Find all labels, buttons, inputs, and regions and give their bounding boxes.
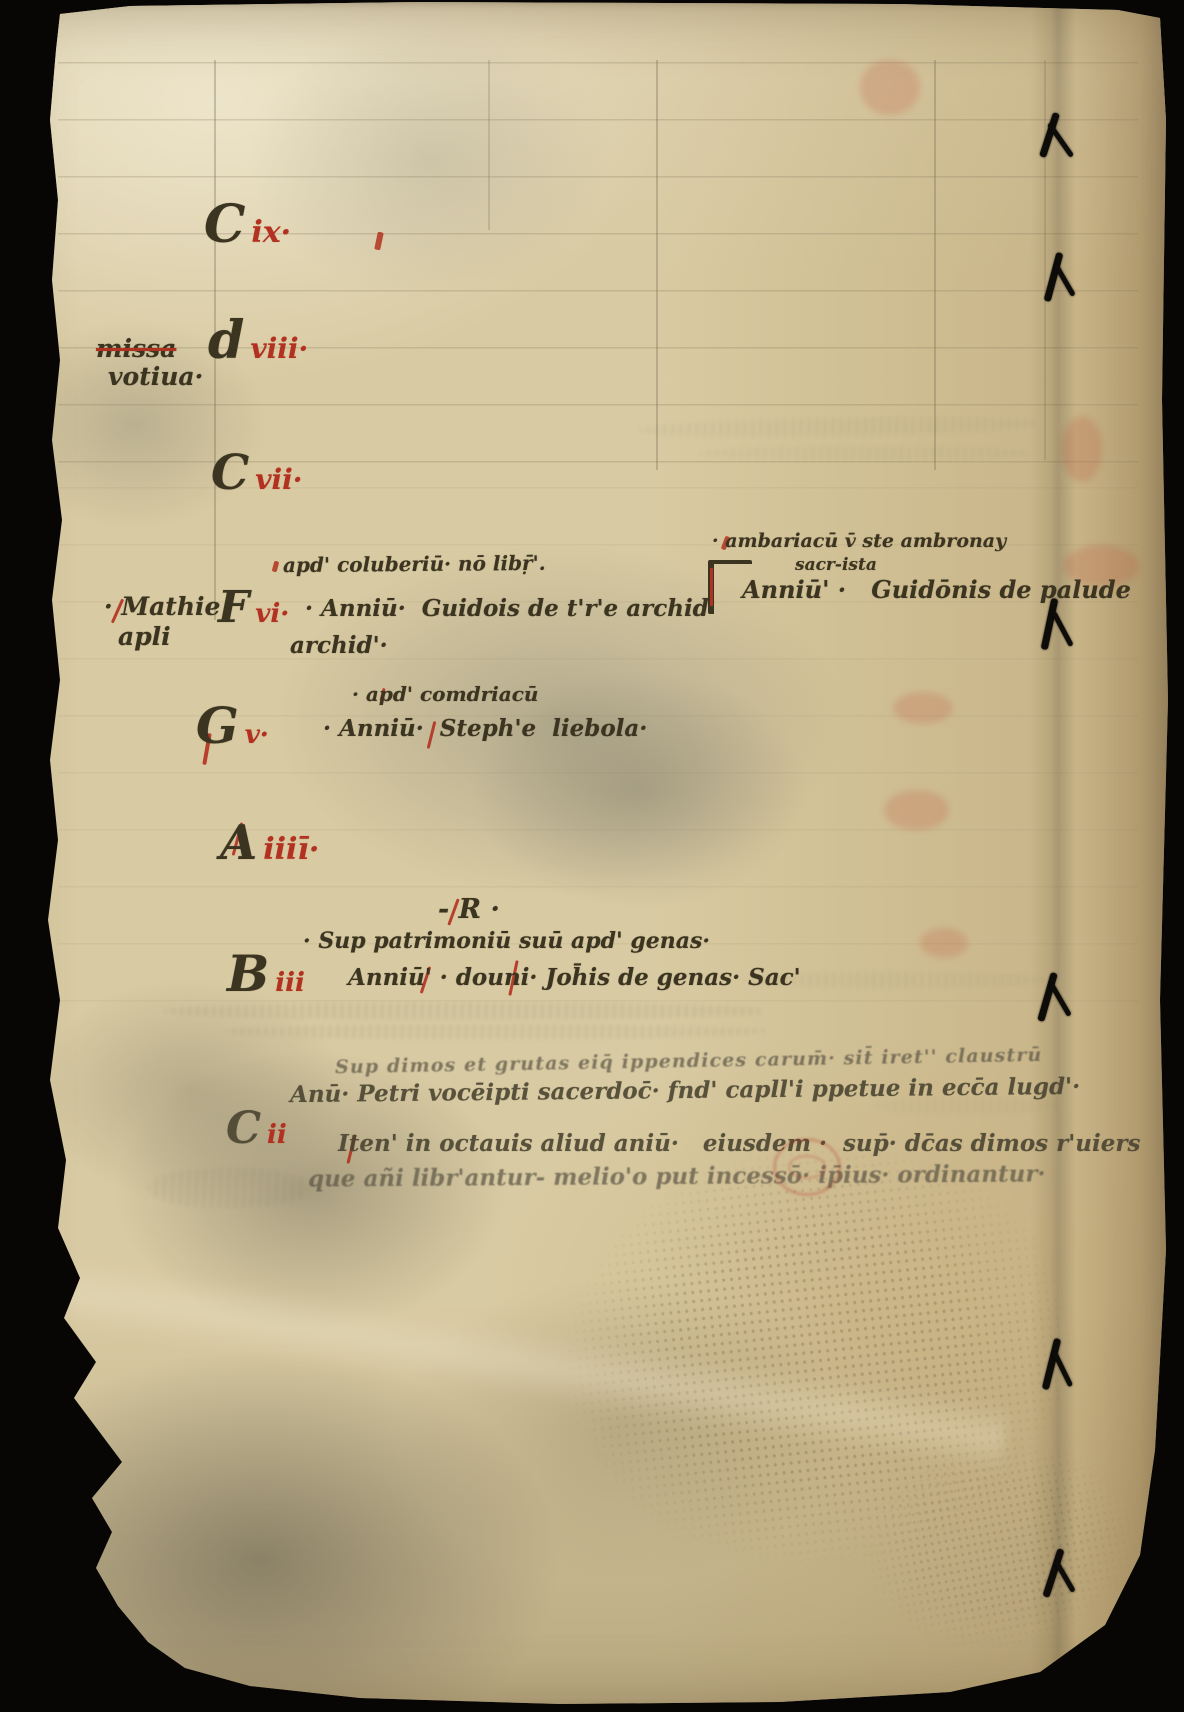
entry-b3-initial: B [227,948,269,1001]
showthrough-text-smear [640,415,1040,440]
entry-f6-body: · Anniū· Guidois de t'r'e archid' [305,597,716,621]
faded-red-stamp [773,1138,841,1196]
entry-c7-initial: C [211,448,249,498]
entry-a4-numeral: iiiī· [263,834,319,866]
entry-a4-label: A iiiī· [220,818,319,868]
manuscript-scan: C ix· missa votiua· d viii· C vii· apd' … [0,0,1184,1712]
entry-f6-continuation: archid'· [290,634,388,658]
entry-c2-faded-note: Sup dimos et grutas eiq̄ ippendices caru… [335,1046,1043,1078]
entry-f6-right-body: Anniū' · Guidōnis de palude [742,577,1131,602]
place-note-comdriacu: · apd' comdriacū [352,684,538,705]
parchment-crease [60,1256,1009,1474]
parchment-leaf: C ix· missa votiua· d viii· C vii· apd' … [0,0,1184,1712]
red-paraph-dot [272,561,280,573]
entry-f6-label: F vi· [218,585,289,631]
entry-b3-label: B iii [227,948,305,1001]
ruled-edge-line [1044,60,1046,460]
margin-feast-mathie: · Mathie [104,594,220,620]
entry-c2-line3: que añi libr'antur- melio'o put incessō·… [308,1162,1046,1191]
entry-c9-initial: C [204,198,245,253]
entry-b3-numeral: iii [275,970,305,997]
place-note-ambariacu: · ambariacū v̄ ste ambronay [712,532,1006,552]
entry-f6-initial: F [218,585,249,631]
entry-g5-body: · Anniū· Steph'e liebola· [323,717,647,741]
place-note-genas: · Sup patrimoniū suū apd' genas· [303,930,710,953]
office-note-sacrista: sacr-ista [795,557,877,575]
ruled-column-line [934,60,936,470]
follicle-texture [844,1417,1156,1672]
entry-g5-initial: G [196,700,239,753]
showthrough-text-smear [165,1002,765,1020]
entry-d8-initial: d [208,314,244,369]
place-note-coluberniu: apd' coluberiū· nō libṝ'. [283,553,546,576]
entry-f6-numeral: vi· [255,601,289,628]
margin-note-votiva: votiua· [108,364,203,390]
ruled-lines-lower [58,487,1138,1047]
entry-d8-numeral: viii· [250,334,308,363]
entry-c9-label: C ix· [204,198,291,253]
entry-b3-body: Anniū' · douni· Joh̄is de genas· Sac' [348,966,801,990]
red-showthrough-mark [884,790,949,830]
entry-a4-initial: A [220,818,257,868]
red-showthrough-mark [893,692,953,724]
entry-c2-numeral: ii [267,1122,287,1149]
red-showthrough-mark [860,60,920,115]
red-comma-mark [374,232,384,251]
entry-c7-label: C vii· [211,448,303,498]
red-showthrough-mark [920,928,968,958]
entry-g5-numeral: v· [245,722,269,749]
red-showthrough-mark [1062,416,1102,482]
showthrough-text-smear [225,1024,765,1039]
margin-note-missa: missa [96,336,176,362]
ruled-column-line [488,60,490,230]
entry-d8-label: d viii· [208,314,308,369]
showthrough-text-smear [700,446,1030,460]
entry-c9-numeral: ix· [251,217,291,249]
ruled-column-line [656,60,658,470]
entry-g5-label: G v· [196,700,269,753]
binding-fold-shadow [1030,0,1180,1712]
entry-c7-numeral: vii· [255,465,302,494]
margin-feast-apli: apli [118,624,171,650]
rubric-r-mark: - R · [438,896,500,924]
entry-c2-line2: Iten' in octauis aliud aniū· eiusdem · s… [338,1132,1140,1156]
entry-c2-initial: C [226,1106,261,1152]
showthrough-text-smear [148,1168,308,1208]
entry-c2-label: C ii [226,1106,287,1152]
